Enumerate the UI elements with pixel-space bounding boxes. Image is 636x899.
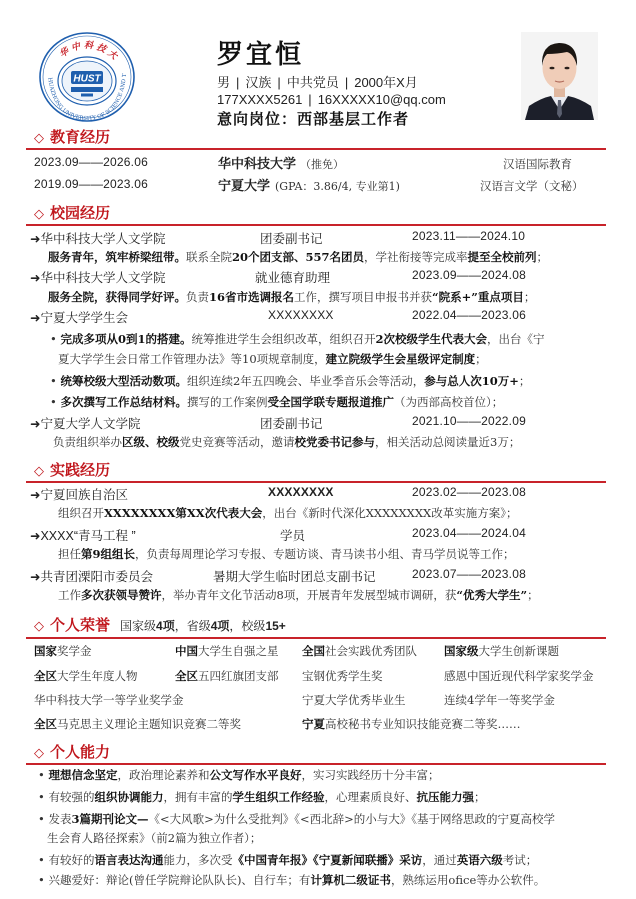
edu-major: 汉语国际教育 (503, 156, 572, 172)
job-intent: 意向岗位：西部基层工作者 (217, 108, 409, 129)
edu-school: 宁夏大学 (218, 175, 270, 194)
honor-item: 感恩中国近现代科学家奖学金 (444, 668, 594, 684)
job-intent-value: 西部基层工作者 (297, 110, 409, 128)
bullet-dot-icon: • (38, 853, 48, 867)
university-logo: HUST 华 中 科 技 大 学 HUAZHONG UNIVERSITY OF … (38, 31, 136, 123)
diamond-icon: ◇ (34, 745, 44, 761)
hust-emblem-icon: HUST 华 中 科 技 大 学 HUAZHONG UNIVERSITY OF … (38, 31, 136, 123)
entry-role: 暑期大学生临时团总支副书记 (213, 567, 376, 585)
honor-item: 中国大学生自强之星 (175, 643, 279, 659)
entry-period: 2022.04——2023.06 (412, 308, 526, 322)
diamond-icon: ◇ (34, 618, 44, 634)
entry-period: 2023.02——2023.08 (412, 485, 526, 499)
bullet-dot-icon: • (38, 873, 48, 887)
section-title-text: 个人能力 (50, 744, 110, 761)
entry-role: 团委副书记 (260, 414, 323, 432)
bullet-item: • 统筹校级大型活动数项。组织连续2年五四晚会、毕业季音乐会等活动，参与总人次1… (50, 373, 530, 389)
honor-item: 国家级大学生创新课题 (444, 643, 559, 659)
edu-major: 汉语言文学（文秘） (480, 178, 584, 194)
entry-org: ➜共青团溧阳市委员会 (30, 567, 153, 585)
entry-role: 就业德育助理 (255, 268, 330, 286)
bullet-dot-icon: • (50, 332, 60, 346)
edu-note: (GPA：3.86/4, 专业第1) (275, 178, 400, 194)
honor-item: 华中科技大学一等学业奖学金 (34, 692, 184, 708)
ability-continuation: 生会育人路径探索》（前2篇为独立作者）； (47, 830, 261, 846)
entry-role: 团委副书记 (260, 229, 323, 247)
entry-period: 2023.07——2023.08 (412, 567, 526, 581)
ability-item: • 有较好的语言表达沟通能力，多次受《中国青年报》《宁夏新闻联播》采访，通过英语… (38, 852, 537, 868)
honor-item: 宝钢优秀学生奖 (302, 668, 383, 684)
honor-item: 全区大学生年度人物 (34, 668, 138, 684)
bullet-dot-icon: • (50, 374, 60, 388)
diamond-icon: ◇ (34, 130, 44, 146)
entry-org: ➜XXXX“青马工程 ” (30, 526, 136, 544)
entry-period: 2023.11——2024.10 (412, 229, 525, 243)
entry-role: 学员 (280, 526, 305, 544)
ability-item: • 发表3篇期刊论文—《<大风歌>为什么受批判》《<西北辞>的小与大》《基于网络… (38, 811, 555, 827)
section-title-education: ◇教育经历 (34, 126, 110, 147)
birth-date: 2000年X月 (354, 75, 418, 90)
entry-period: 2023.04——2024.04 (412, 526, 526, 540)
honor-item: 全国社会实践优秀团队 (302, 643, 417, 659)
basic-info: 男|汉族|中共党员|2000年X月 (217, 72, 418, 91)
job-intent-label: 意向岗位： (217, 110, 297, 128)
entry-desc: 负责组织举办区级、校级党史竞赛等活动，邀请校党委书记参与，相关活动总阅读量近3万… (53, 434, 520, 450)
political-status: 中共党员 (287, 75, 339, 90)
entry-period: 2021.10——2022.09 (412, 414, 526, 428)
honors-summary: 国家级4项，省级4项，校级15+ (120, 619, 286, 633)
honor-item: 国家奖学金 (34, 643, 92, 659)
section-divider (26, 481, 606, 483)
entry-desc: 组织召开XXXXXXXX第XX次代表大会，出台《新时代深化XXXXXXXX改革实… (58, 505, 517, 521)
entry-org: ➜宁夏大学学生会 (30, 308, 128, 326)
ability-item: • 有较强的组织协调能力，拥有丰富的学生组织工作经验，心理素质良好、抗压能力强； (38, 789, 485, 805)
ethnicity: 汉族 (245, 75, 271, 90)
edu-period: 2023.09——2026.06 (34, 155, 148, 169)
section-divider (26, 224, 606, 226)
section-title-text: 教育经历 (50, 129, 110, 146)
divider: | (236, 75, 239, 90)
bullet-dot-icon: • (38, 812, 48, 826)
bullet-item: • 多次撰写工作总结材料。撰写的工作案例受全国学联专题报道推广（为西部高校首位）… (50, 394, 503, 410)
portrait-icon (521, 32, 598, 120)
entry-role: XXXXXXXX (268, 485, 334, 499)
bullet-dot-icon: • (38, 790, 48, 804)
gender: 男 (217, 75, 230, 90)
section-title-text: 实践经历 (50, 462, 110, 479)
diamond-icon: ◇ (34, 463, 44, 479)
entry-role: XXXXXXXX (268, 308, 334, 322)
honor-item: 全区五四红旗团支部 (175, 668, 279, 684)
honor-item: 宁夏大学优秀毕业生 (302, 692, 406, 708)
entry-org: ➜华中科技大学人文学院 (30, 268, 165, 286)
section-title-practice: ◇实践经历 (34, 459, 110, 480)
bullet-continuation: 夏大学学生会日常工作管理办法》等10项规章制度，建立院级学生会星级评定制度； (58, 351, 487, 367)
entry-desc: 担任第9组组长，负责每周理论学习专报、专题访谈、青马读书小组、青马学员说等工作； (58, 546, 515, 562)
entry-org: ➜宁夏回族自治区 (30, 485, 128, 503)
bullet-dot-icon: • (38, 768, 48, 782)
divider: | (277, 75, 280, 90)
svg-text:HUST: HUST (73, 74, 101, 85)
section-divider (26, 763, 606, 765)
section-divider (26, 637, 606, 639)
email: 16XXXXX10@qq.com (318, 92, 446, 107)
entry-desc: 服务全院，获得同学好评。负责16省市选调报名工作，撰写项目申报书并获“院系+”重… (48, 289, 535, 305)
honor-item: 宁夏高校秘书专业知识技能竞赛二等奖…… (302, 716, 521, 732)
ability-item: • 兴趣爱好：辩论(曾任学院辩论队队长)、自行车；有计算机二级证书，熟练运用of… (38, 872, 545, 888)
bullet-dot-icon: • (50, 395, 60, 409)
edu-note: （推免） (300, 156, 344, 172)
bullet-item: • 完成多项从0到1的搭建。统筹推进学生会组织改革，组织召开2次校级学生代表大会… (50, 331, 544, 347)
section-title-honors: ◇个人荣誉国家级4项，省级4项，校级15+ (34, 614, 286, 635)
diamond-icon: ◇ (34, 206, 44, 222)
section-title-campus: ◇校园经历 (34, 202, 110, 223)
honor-item: 连续4学年一等奖学金 (444, 692, 555, 708)
entry-desc: 工作多次获领导赞许，举办青年文化节活动8项，开展青年发展型城市调研，获“优秀大学… (58, 587, 539, 603)
divider: | (308, 92, 311, 107)
entry-desc: 服务青年，筑牢桥梁纽带。联系全院20个团支部、557名团员，学社衔接等完成率提至… (48, 249, 548, 265)
phone: 177XXXX5261 (217, 92, 302, 107)
section-title-abilities: ◇个人能力 (34, 741, 110, 762)
profile-photo (521, 32, 598, 120)
section-title-text: 校园经历 (50, 205, 110, 222)
entry-period: 2023.09——2024.08 (412, 268, 526, 282)
edu-period: 2019.09——2023.06 (34, 177, 148, 191)
candidate-name: 罗宜恒 (217, 34, 304, 71)
entry-org: ➜华中科技大学人文学院 (30, 229, 165, 247)
divider: | (345, 75, 348, 90)
contact-info: 177XXXX5261|16XXXXX10@qq.com (217, 92, 446, 107)
ability-item: • 理想信念坚定，政治理论素养和公文写作水平良好，实习实践经历十分丰富； (38, 767, 439, 783)
section-divider (26, 148, 606, 150)
entry-org: ➜宁夏大学人文学院 (30, 414, 140, 432)
edu-school: 华中科技大学 (218, 153, 296, 172)
honor-item: 全区马克思主义理论主题知识竞赛二等奖 (34, 716, 241, 732)
section-title-text: 个人荣誉 (50, 617, 110, 634)
